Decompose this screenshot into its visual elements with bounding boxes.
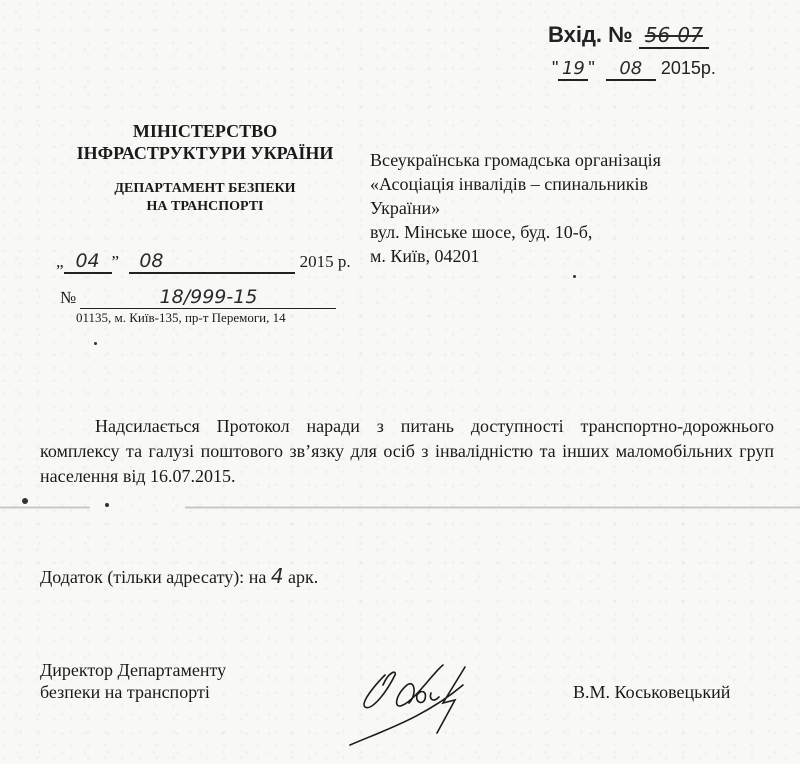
scan-artifact-line — [0, 506, 90, 509]
signatory-title-line-2: безпеки на транспорті — [40, 681, 226, 703]
sender-address: 01135, м. Київ-135, пр-т Перемоги, 14 — [76, 310, 286, 326]
scan-speck — [94, 342, 97, 345]
date-close-quote: ” — [112, 252, 120, 271]
incoming-date: "19" 08 2015р. — [552, 58, 716, 81]
annex-count: 4 — [271, 564, 284, 588]
department-line-1: ДЕПАРТАМЕНТ БЕЗПЕКИ — [60, 180, 350, 198]
annex-suffix: арк. — [288, 567, 318, 587]
department-line-2: НА ТРАНСПОРТІ — [60, 198, 350, 216]
incoming-year-prefix: 20 — [661, 58, 681, 78]
outgoing-year: 2015 р. — [300, 252, 351, 271]
recipient-line: вул. Мінське шосе, буд. 10-б, — [370, 220, 661, 244]
outgoing-day: 04 — [64, 250, 112, 274]
ministry-name: МІНІСТЕРСТВО ІНФРАСТРУКТУРИ УКРАЇНИ — [60, 120, 350, 164]
scan-speck — [105, 503, 109, 507]
incoming-month: 08 — [606, 58, 656, 81]
recipient-line: України» — [370, 196, 661, 220]
recipient-block: Всеукраїнська громадська організація «Ас… — [370, 148, 661, 268]
incoming-stamp-label: Вхід. № — [548, 22, 633, 47]
letter-body: Надсилається Протокол наради з питань до… — [40, 414, 774, 489]
scan-speck — [22, 498, 28, 504]
scan-speck — [573, 275, 576, 278]
number-label: № — [60, 288, 76, 307]
signatory-title-line-1: Директор Департаменту — [40, 659, 226, 681]
signatory-title: Директор Департаменту безпеки на транспо… — [40, 659, 226, 703]
incoming-number: 56-07 — [639, 23, 709, 49]
ministry-line-1: МІНІСТЕРСТВО — [60, 120, 350, 142]
annex-prefix: Додаток (тільки адресату): на — [40, 567, 266, 587]
incoming-year-suffix: 15р. — [681, 58, 716, 78]
incoming-day: 19 — [558, 58, 588, 81]
outgoing-month: 08 — [129, 250, 295, 274]
signatory-name: В.М. Коськовецький — [573, 682, 730, 703]
recipient-line: м. Київ, 04201 — [370, 244, 661, 268]
recipient-line: Всеукраїнська громадська організація — [370, 148, 661, 172]
scanned-letter: Вхід. № 56-07 "19" 08 2015р. МІНІСТЕРСТВ… — [0, 0, 800, 764]
handwritten-signature-icon — [345, 655, 475, 755]
incoming-stamp: Вхід. № 56-07 — [548, 22, 709, 49]
outgoing-number: № 18/999-15 — [60, 286, 336, 309]
outgoing-number-value: 18/999-15 — [80, 286, 336, 309]
annex-line: Додаток (тільки адресату): на 4 арк. — [40, 564, 318, 588]
ministry-line-2: ІНФРАСТРУКТУРИ УКРАЇНИ — [60, 142, 350, 164]
department-name: ДЕПАРТАМЕНТ БЕЗПЕКИ НА ТРАНСПОРТІ — [60, 180, 350, 216]
recipient-line: «Асоціація інвалідів – спинальників — [370, 172, 661, 196]
scan-artifact-line — [185, 506, 800, 509]
date-open-quote: „ — [56, 252, 64, 271]
outgoing-date: „04” 08 2015 р. — [56, 250, 351, 274]
